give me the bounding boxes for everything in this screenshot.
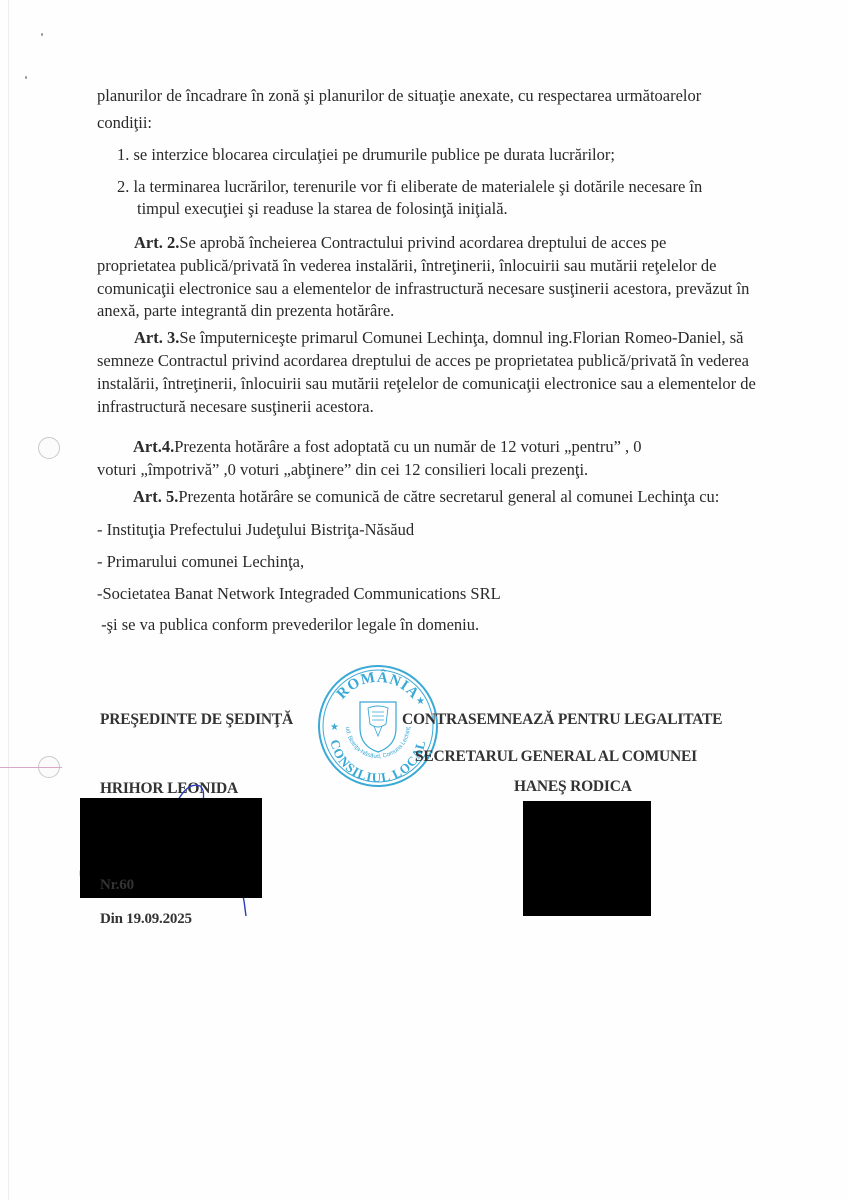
right-signature-title-line-1: CONTRASEMNEAZĂ PENTRU LEGALITATE xyxy=(402,711,722,729)
recipient-item: - Primarului comunei Lechinţa, xyxy=(97,552,304,572)
recipient-item: - Instituţia Prefectului Judeţului Bistr… xyxy=(97,520,414,540)
article-text: Se aprobă încheierea Contractului privin… xyxy=(179,233,666,252)
stamp-star-icon: ★ xyxy=(330,722,339,733)
stamp-bottom-text: CONSILIUL LOCAL xyxy=(327,738,428,785)
article-text: Se împuterniceşte primarul Comunei Lechi… xyxy=(179,328,743,347)
fold-mark-line xyxy=(0,767,62,768)
coat-of-arms-icon xyxy=(360,702,396,752)
condition-text-continued: timpul execuţiei şi readuse la starea de… xyxy=(137,199,508,219)
article-4-first-line: Art.4.Prezenta hotărâre a fost adoptată … xyxy=(133,437,642,457)
left-signature-title: PREŞEDINTE DE ŞEDINŢĂ xyxy=(100,711,293,729)
article-text: semneze Contractul privind acordarea dre… xyxy=(97,351,749,371)
stamp-star-icon: ★ xyxy=(416,696,425,707)
scan-speck xyxy=(25,76,27,79)
article-text: anexă, parte integrantă din prezenta hot… xyxy=(97,301,394,321)
article-text: Prezenta hotărâre se comunică de către s… xyxy=(178,487,719,506)
svg-text:CONSILIUL LOCAL: CONSILIUL LOCAL xyxy=(327,738,428,785)
condition-item: 1. se interzice blocarea circulaţiei pe … xyxy=(117,145,615,165)
article-5-first-line: Art. 5.Prezenta hotărâre se comunică de … xyxy=(133,487,719,507)
condition-item: 2. la terminarea lucrărilor, terenurile … xyxy=(117,177,702,197)
page-edge xyxy=(8,0,9,1200)
decision-date: Din 19.09.2025 xyxy=(100,911,192,928)
article-text: voturi „împotrivă” ,0 voturi „abţinere” … xyxy=(97,460,588,480)
article-label: Art. 5. xyxy=(133,487,178,506)
condition-text: se interzice blocarea circulaţiei pe dru… xyxy=(134,145,615,164)
article-text: comunicaţii electronice sau a elementelo… xyxy=(97,279,749,299)
recipient-item: -Societatea Banat Network Integraded Com… xyxy=(97,584,501,604)
punch-hole-mark xyxy=(38,437,60,459)
scan-speck xyxy=(41,33,43,36)
article-text: Prezenta hotărâre a fost adoptată cu un … xyxy=(174,437,641,456)
redacted-signature-block xyxy=(523,801,651,916)
publication-note: -şi se va publica conform prevederilor l… xyxy=(97,615,479,635)
article-text: proprietatea publică/privată în vederea … xyxy=(97,256,716,276)
article-label: Art. 3. xyxy=(134,328,179,347)
article-3-first-line: Art. 3.Se împuterniceşte primarul Comune… xyxy=(134,328,743,348)
condition-text: la terminarea lucrărilor, terenurile vor… xyxy=(134,177,703,196)
intro-line: condiţii: xyxy=(97,113,152,133)
condition-number: 1. xyxy=(117,145,129,164)
intro-line: planurilor de încadrare în zonă şi planu… xyxy=(97,86,701,106)
article-text: instalării, întreţinerii, înlocuirii sau… xyxy=(97,374,756,394)
article-text: infrastructură necesare susţinerii acest… xyxy=(97,397,374,417)
article-label: Art. 2. xyxy=(134,233,179,252)
article-2-first-line: Art. 2.Se aprobă încheierea Contractului… xyxy=(134,233,666,253)
right-signatory-name: HANEŞ RODICA xyxy=(514,778,632,796)
document-page: planurilor de încadrare în zonă şi planu… xyxy=(0,0,849,1200)
right-signature-title-line-2: SECRETARUL GENERAL AL COMUNEI xyxy=(415,748,697,766)
condition-number: 2. xyxy=(117,177,129,196)
article-label: Art.4. xyxy=(133,437,174,456)
decision-number: Nr.60 xyxy=(100,877,134,894)
